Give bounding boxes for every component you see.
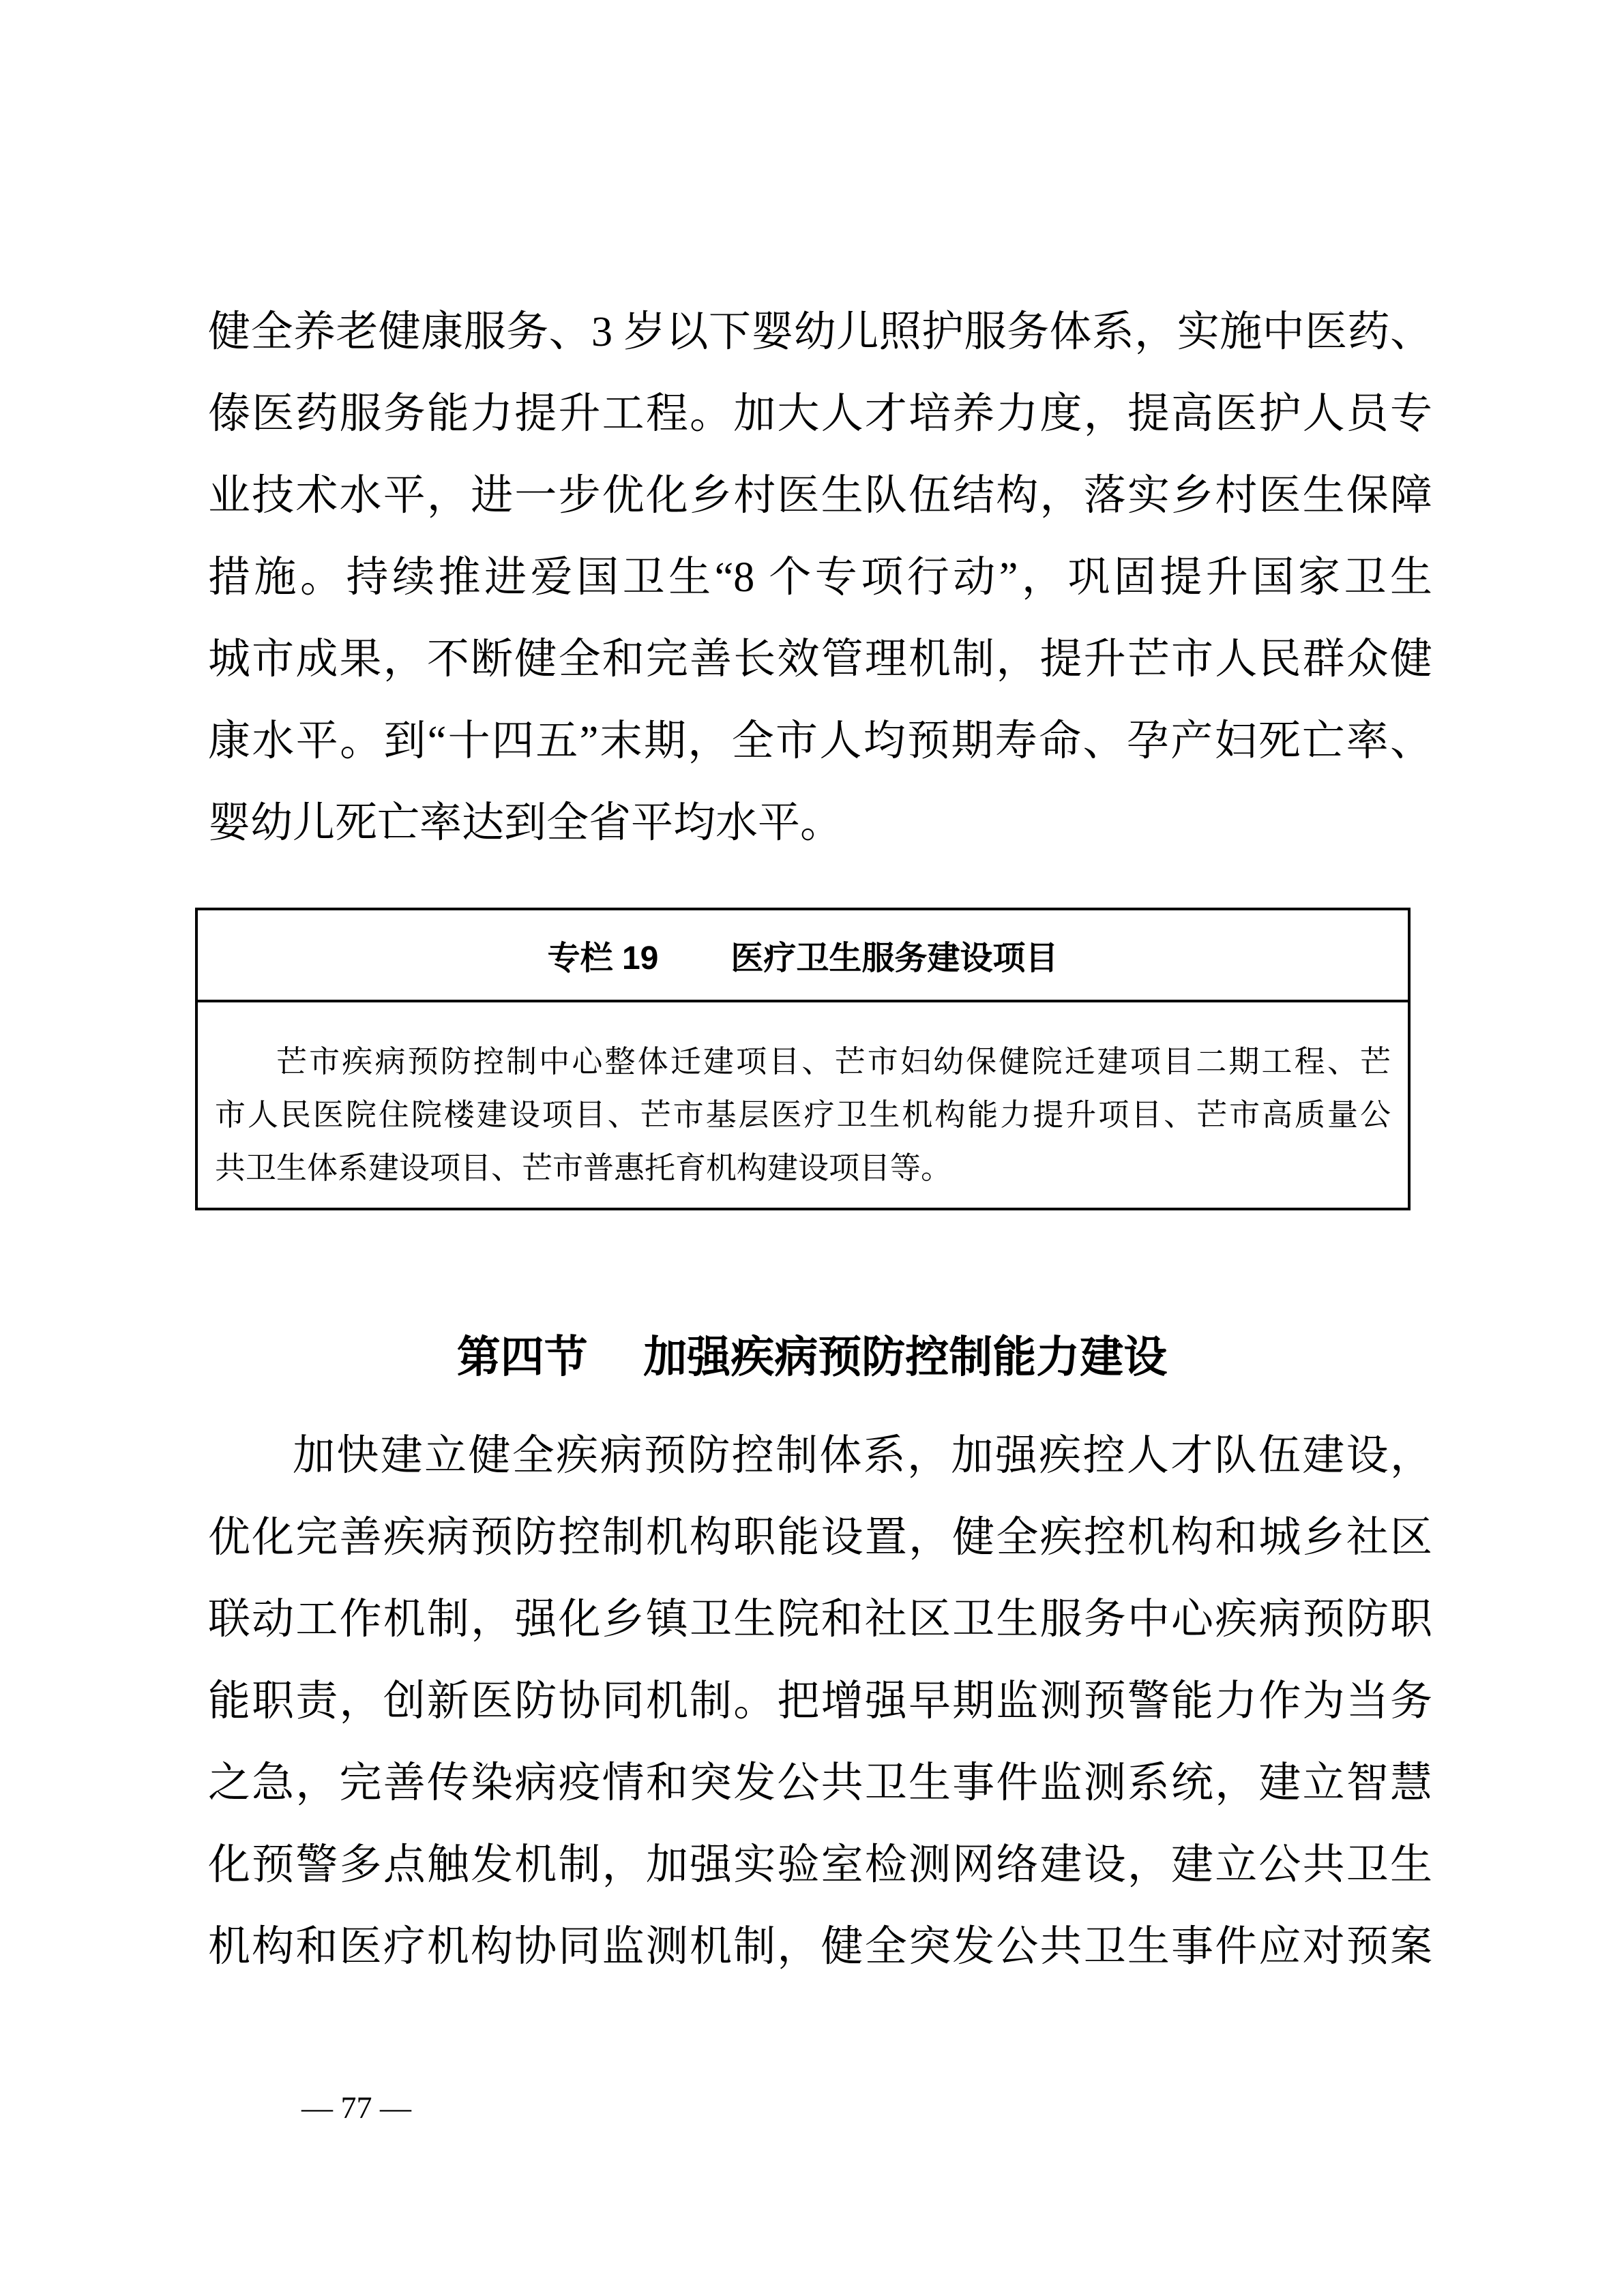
document-page: 健全养老健康服务、3 岁以下婴幼儿照护服务体系，实施中医药、傣医药服务能力提升工…	[0, 0, 1624, 2296]
section-heading: 第四节 加强疾病预防控制能力建设	[0, 1331, 1624, 1383]
text-line: 婴幼儿死亡率达到全省平均水平。	[208, 782, 1432, 864]
text-line: 芒市疾病预防控制中心整体迁建项目、芒市妇幼保健院迁建项目二期工程、芒	[215, 1035, 1391, 1088]
paragraph-1: 健全养老健康服务、3 岁以下婴幼儿照护服务体系，实施中医药、傣医药服务能力提升工…	[208, 291, 1432, 864]
paragraph-2: 加快建立健全疾病预防控制体系，加强疾控人才队伍建设，优化完善疾病预防控制机构职能…	[208, 1415, 1432, 1988]
text-line: 业技术水平，进一步优化乡村医生队伍结构，落实乡村医生保障	[208, 455, 1432, 537]
box-content: 芒市疾病预防控制中心整体迁建项目、芒市妇幼保健院迁建项目二期工程、芒市人民医院住…	[198, 1002, 1408, 1205]
page-number: — 77 —	[283, 2091, 430, 2125]
text-line: 傣医药服务能力提升工程。加大人才培养力度，提高医护人员专	[208, 373, 1432, 455]
text-line: 健全养老健康服务、3 岁以下婴幼儿照护服务体系，实施中医药、	[208, 291, 1432, 373]
text-line: 康水平。到“十四五”末期，全市人均预期寿命、孕产妇死亡率、	[208, 700, 1432, 782]
text-line: 优化完善疾病预防控制机构职能设置，健全疾控机构和城乡社区	[208, 1497, 1432, 1579]
text-line: 之急，完善传染病疫情和突发公共卫生事件监测系统，建立智慧	[208, 1742, 1432, 1824]
special-column-box: 专栏 19 医疗卫生服务建设项目 芒市疾病预防控制中心整体迁建项目、芒市妇幼保健…	[195, 908, 1411, 1210]
box-title: 专栏 19 医疗卫生服务建设项目	[198, 910, 1408, 1002]
text-line: 能职责，创新医防协同机制。把增强早期监测预警能力作为当务	[208, 1660, 1432, 1742]
text-line: 机构和医疗机构协同监测机制，健全突发公共卫生事件应对预案	[208, 1906, 1432, 1988]
text-line: 市人民医院住院楼建设项目、芒市基层医疗卫生机构能力提升项目、芒市高质量公	[215, 1088, 1391, 1142]
section-heading-title: 加强疾病预防控制能力建设	[643, 1332, 1167, 1382]
text-line: 共卫生体系建设项目、芒市普惠托育机构建设项目等。	[215, 1142, 1391, 1195]
section-heading-number: 第四节	[457, 1332, 588, 1382]
box-title-text: 医疗卫生服务建设项目	[730, 931, 1058, 979]
text-line: 措施。持续推进爱国卫生“8 个专项行动”，巩固提升国家卫生	[208, 537, 1432, 618]
text-line: 城市成果，不断健全和完善长效管理机制，提升芒市人民群众健	[208, 618, 1432, 700]
text-line: 加快建立健全疾病预防控制体系，加强疾控人才队伍建设，	[208, 1415, 1432, 1497]
text-line: 联动工作机制，强化乡镇卫生院和社区卫生服务中心疾病预防职	[208, 1579, 1432, 1660]
box-title-number: 专栏 19	[548, 931, 659, 979]
text-line: 化预警多点触发机制，加强实验室检测网络建设，建立公共卫生	[208, 1824, 1432, 1906]
